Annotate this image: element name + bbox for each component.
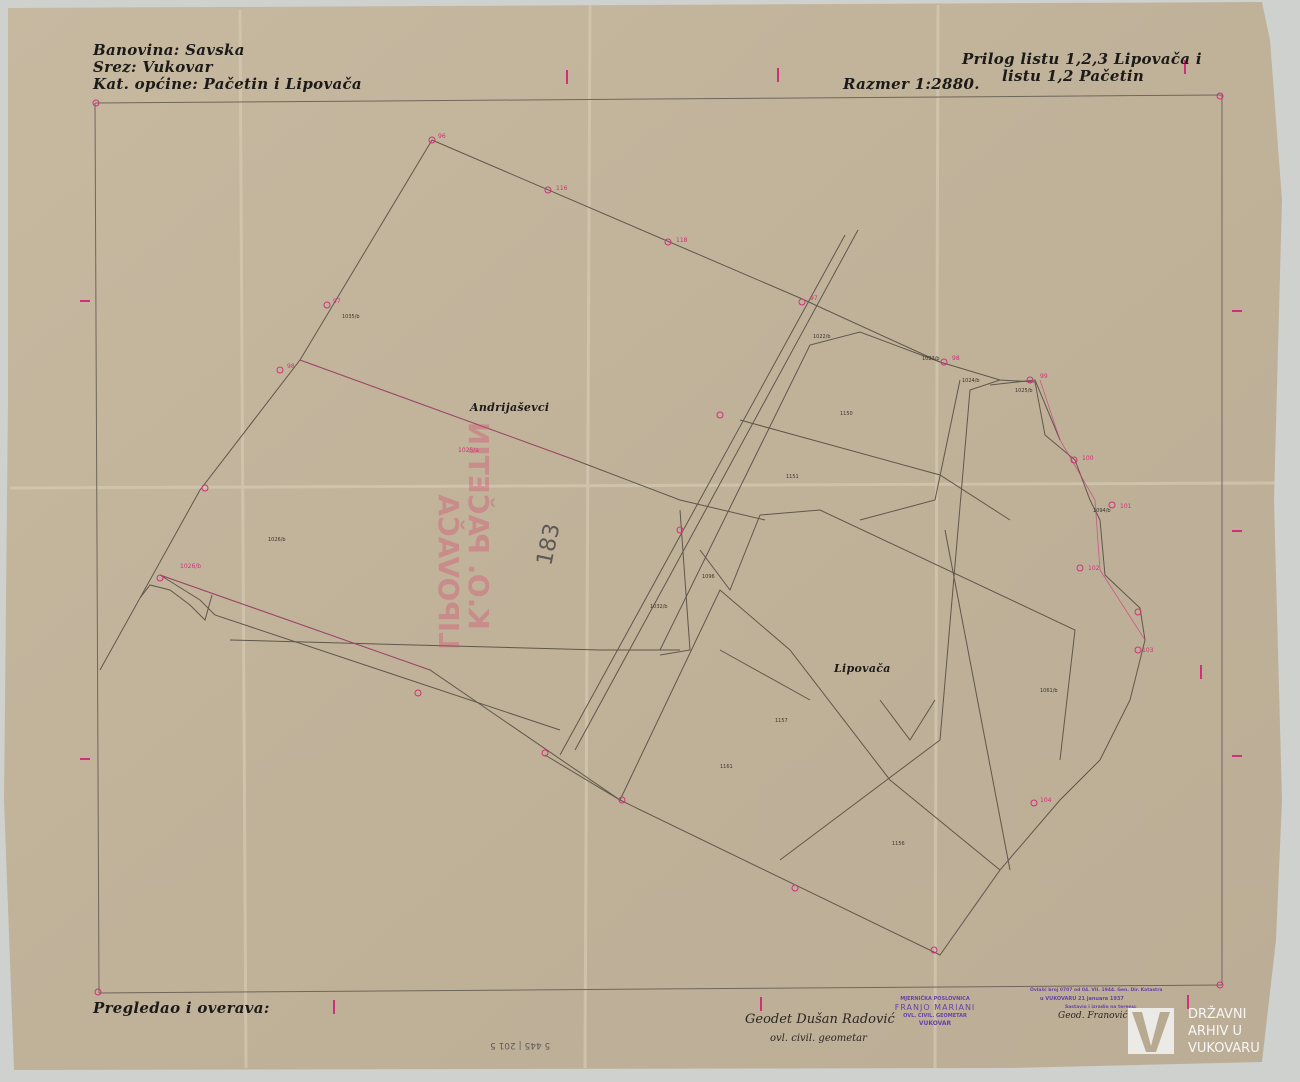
- svg-text:100: 100: [1082, 455, 1094, 462]
- svg-text:98: 98: [952, 355, 960, 362]
- svg-text:1096: 1096: [702, 574, 715, 580]
- svg-text:99: 99: [1040, 373, 1048, 380]
- mariani-stamp-line3: OVL. CIVIL. GEOMETAR: [880, 1013, 990, 1019]
- svg-text:1026/b: 1026/b: [180, 563, 201, 570]
- svg-text:1156: 1156: [892, 841, 905, 847]
- mariani-stamp-line4: VUKOVAR: [880, 1020, 990, 1027]
- banovina-label: Banovina: Savska: [93, 42, 245, 59]
- place-label-andrijasevci: Andrijaševci: [470, 401, 549, 414]
- svg-text:101: 101: [1120, 503, 1132, 510]
- paper: [4, 2, 1282, 1070]
- svg-text:103: 103: [1142, 647, 1154, 654]
- surveyor-title: ovl. civil. geometar: [770, 1033, 867, 1044]
- scale-label: Razmer 1:2880.: [843, 76, 980, 93]
- svg-text:1061/b: 1061/b: [1040, 688, 1058, 694]
- verification-stamp-line2: u VUKOVARU 21 januara 1937: [1040, 996, 1170, 1002]
- svg-text:1024/b: 1024/b: [962, 378, 980, 384]
- mariani-stamp-line2: FRANJO MARIANI: [880, 1003, 990, 1012]
- svg-text:96: 96: [438, 133, 446, 140]
- svg-text:1151: 1151: [786, 474, 799, 480]
- svg-text:97: 97: [333, 298, 341, 305]
- svg-text:1025/b: 1025/b: [1015, 388, 1033, 394]
- archive-name-line1: DRŽAVNI: [1188, 1006, 1260, 1023]
- reviewed-label: Pregledao i overava:: [93, 1000, 270, 1017]
- archive-logo-icon: [1128, 1008, 1174, 1054]
- svg-text:116: 116: [556, 185, 568, 192]
- svg-text:1032/b: 1032/b: [650, 604, 668, 610]
- svg-text:1161: 1161: [720, 764, 733, 770]
- cadastral-municipalities-label: Kat. općine: Pačetin i Lipovača: [93, 76, 362, 93]
- svg-text:104: 104: [1040, 797, 1052, 804]
- archive-name: DRŽAVNI ARHIV U VUKOVARU: [1188, 1006, 1260, 1057]
- pencil-archive-note: 5 445 | 201 5: [490, 1040, 550, 1050]
- cadastral-map-sheet: 969798 979899 100101102 103104118 116102…: [0, 0, 1300, 1082]
- place-label-lipovaca: Lipovača: [834, 662, 891, 675]
- svg-text:118: 118: [676, 237, 688, 244]
- ghost-stamp-line2: LIPOVAČA: [432, 495, 465, 651]
- svg-text:1035/b: 1035/b: [342, 314, 360, 320]
- svg-text:97: 97: [810, 295, 818, 302]
- ghost-stamp-line1: K.O. PAČETIN: [462, 422, 495, 630]
- appendix-label-line2: listu 1,2 Pačetin: [1002, 68, 1144, 85]
- appendix-label-line1: Prilog listu 1,2,3 Lipovača i: [962, 51, 1202, 68]
- svg-text:102: 102: [1088, 565, 1100, 572]
- surveyor-signature: Geodet Dušan Radović: [745, 1012, 895, 1027]
- svg-text:1023/b: 1023/b: [922, 356, 940, 362]
- archive-name-line2: ARHIV U: [1188, 1023, 1260, 1040]
- svg-text:1094/b: 1094/b: [1093, 508, 1111, 514]
- map-drawing: 969798 979899 100101102 103104118 116102…: [0, 0, 1300, 1082]
- svg-text:1157: 1157: [775, 718, 788, 724]
- srez-label: Srez: Vukovar: [93, 59, 213, 76]
- svg-text:1026/b: 1026/b: [268, 537, 286, 543]
- verification-signature: Geod. Franović: [1058, 1011, 1128, 1021]
- svg-text:1022/b: 1022/b: [813, 334, 831, 340]
- archive-watermark: DRŽAVNI ARHIV U VUKOVARU: [1128, 1008, 1300, 1068]
- archive-name-line3: VUKOVARU: [1188, 1040, 1260, 1057]
- verification-stamp-line1: Ovlašć broj 0707 od 04. VII. 1944. Gen. …: [1030, 988, 1170, 993]
- svg-text:98: 98: [287, 363, 295, 370]
- mariani-stamp-line1: MJERNIČKA POSLOVNICA: [880, 996, 990, 1002]
- svg-text:1150: 1150: [840, 411, 853, 417]
